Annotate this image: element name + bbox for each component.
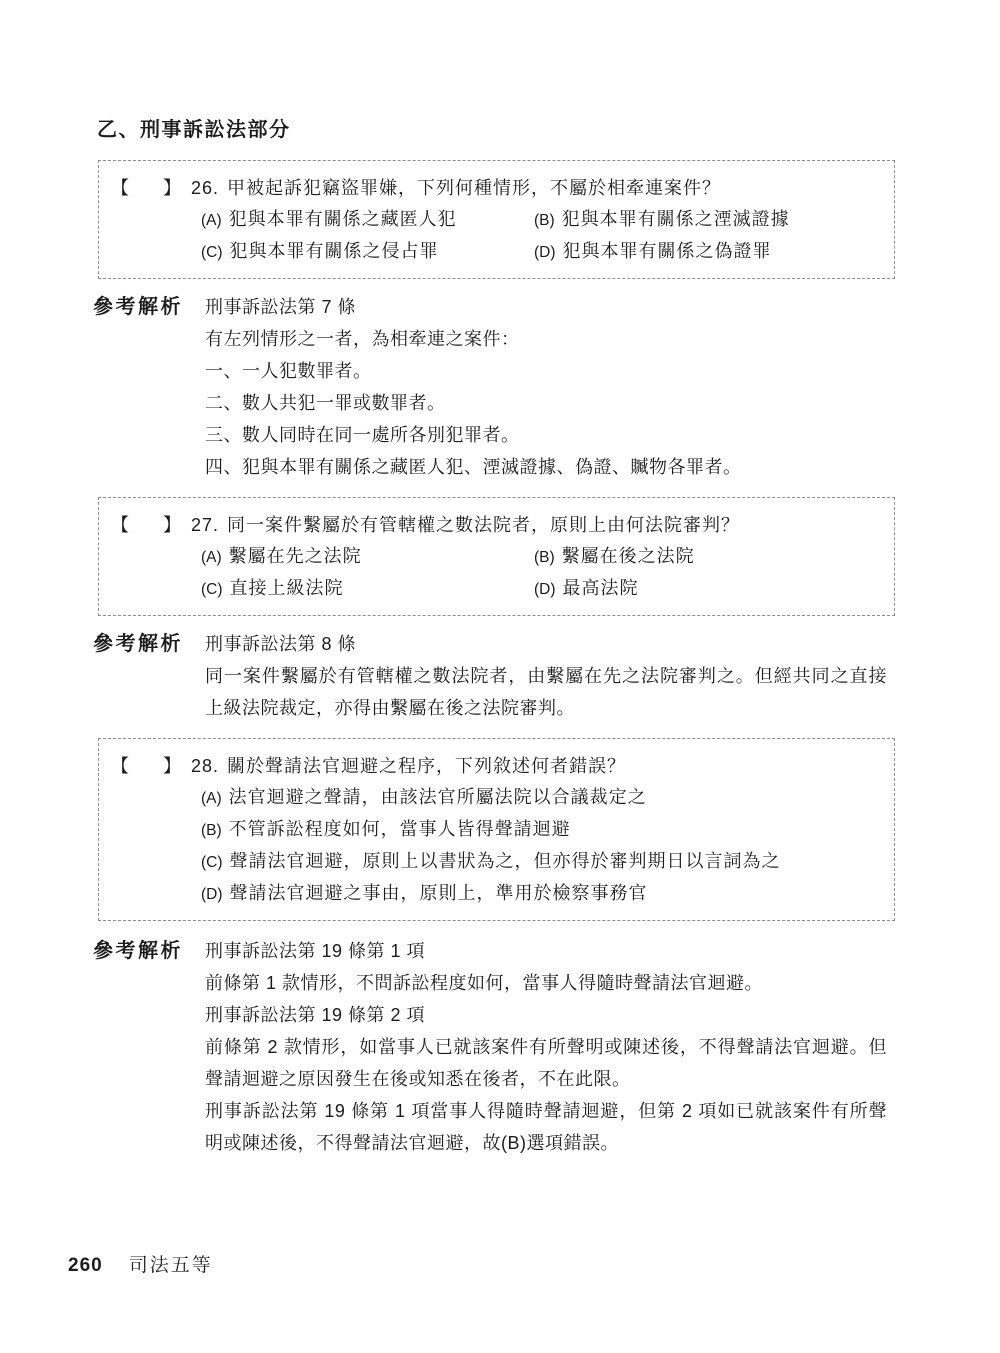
analysis-paragraph: 前條第 2 款情形，如當事人已就該案件有所聲明或陳述後，不得聲請法官迴避。但聲請… xyxy=(205,1031,887,1095)
option-b: (B) 繫屬在後之法院 xyxy=(534,541,880,573)
analysis-block-27: 參考解析 刑事訴訟法第 8 條 同一案件繫屬於有管轄權之數法院者，由繫屬在先之法… xyxy=(93,628,1000,724)
option-d: (D) 聲請法官迴避之事由，原則上，準用於檢察事務官 xyxy=(201,878,880,910)
question-header: 【 】 27. 同一案件繫屬於有管轄權之數法院者，原則上由何法院審判？ xyxy=(111,510,880,541)
answer-bracket: 【 】 xyxy=(111,510,189,541)
option-text: 聲請法官迴避之事由，原則上，準用於檢察事務官 xyxy=(230,878,648,908)
analysis-label: 參考解析 xyxy=(93,628,205,724)
question-stem: 關於聲請法官迴避之程序，下列敘述何者錯誤？ xyxy=(227,751,626,782)
option-text: 犯與本罪有關係之藏匿人犯 xyxy=(229,204,457,234)
analysis-paragraph: 一、一人犯數罪者。 xyxy=(205,355,887,387)
analysis-body: 刑事訴訟法第 19 條第 1 項 前條第 1 款情形，不問訴訟程度如何，當事人得… xyxy=(205,935,887,1159)
analysis-paragraph: 四、犯與本罪有關係之藏匿人犯、湮滅證據、偽證、贓物各罪者。 xyxy=(205,451,887,483)
question-number: 27. xyxy=(191,510,219,541)
option-text: 犯與本罪有關係之偽證罪 xyxy=(563,236,772,266)
option-label: (B) xyxy=(201,816,222,846)
analysis-body: 刑事訴訟法第 7 條 有左列情形之一者，為相牽連之案件： 一、一人犯數罪者。 二… xyxy=(205,291,887,483)
option-a: (A) 繫屬在先之法院 xyxy=(201,541,534,573)
options-list: (A) 犯與本罪有關係之藏匿人犯 (B) 犯與本罪有關係之湮滅證據 (C) 犯與… xyxy=(201,204,880,268)
analysis-body: 刑事訴訟法第 8 條 同一案件繫屬於有管轄權之數法院者，由繫屬在先之法院審判之。… xyxy=(205,628,887,724)
book-title: 司法五等 xyxy=(129,1250,213,1277)
question-box-28: 【 】 28. 關於聲請法官迴避之程序，下列敘述何者錯誤？ (A) 法官迴避之聲… xyxy=(98,738,895,921)
option-text: 犯與本罪有關係之侵占罪 xyxy=(230,236,439,266)
options-list: (A) 法官迴避之聲請，由該法官所屬法院以合議裁定之 (B) 不管訴訟程度如何，… xyxy=(201,782,880,910)
document-page: 乙、刑事訴訟法部分 【 】 26. 甲被起訴犯竊盜罪嫌，下列何種情形，不屬於相牽… xyxy=(0,0,1000,1353)
analysis-paragraph: 刑事訴訟法第 7 條 xyxy=(205,291,887,323)
question-header: 【 】 26. 甲被起訴犯竊盜罪嫌，下列何種情形，不屬於相牽連案件？ xyxy=(111,173,880,204)
page-footer: 260 司法五等 xyxy=(68,1250,213,1277)
question-header: 【 】 28. 關於聲請法官迴避之程序，下列敘述何者錯誤？ xyxy=(111,751,880,782)
question-stem: 甲被起訴犯竊盜罪嫌，下列何種情形，不屬於相牽連案件？ xyxy=(227,173,721,204)
option-c: (C) 聲請法官迴避，原則上以書狀為之，但亦得於審判期日以言詞為之 xyxy=(201,846,880,878)
option-label: (A) xyxy=(201,543,222,573)
analysis-paragraph: 三、數人同時在同一處所各別犯罪者。 xyxy=(205,419,887,451)
option-text: 聲請法官迴避，原則上以書狀為之，但亦得於審判期日以言詞為之 xyxy=(230,846,781,876)
option-text: 直接上級法院 xyxy=(230,573,344,603)
option-text: 繫屬在先之法院 xyxy=(229,541,362,571)
option-label: (D) xyxy=(201,880,223,910)
page-number: 260 xyxy=(68,1255,103,1277)
option-label: (D) xyxy=(534,575,556,605)
question-stem: 同一案件繫屬於有管轄權之數法院者，原則上由何法院審判？ xyxy=(227,510,740,541)
analysis-paragraph: 刑事訴訟法第 8 條 xyxy=(205,628,887,660)
option-text: 不管訴訟程度如何，當事人皆得聲請迴避 xyxy=(229,814,571,844)
option-d: (D) 最高法院 xyxy=(534,573,880,605)
analysis-paragraph: 二、數人共犯一罪或數罪者。 xyxy=(205,387,887,419)
analysis-block-28: 參考解析 刑事訴訟法第 19 條第 1 項 前條第 1 款情形，不問訴訟程度如何… xyxy=(93,935,1000,1159)
option-a: (A) 法官迴避之聲請，由該法官所屬法院以合議裁定之 xyxy=(201,782,880,814)
analysis-block-26: 參考解析 刑事訴訟法第 7 條 有左列情形之一者，為相牽連之案件： 一、一人犯數… xyxy=(93,291,1000,483)
option-b: (B) 犯與本罪有關係之湮滅證據 xyxy=(534,204,880,236)
option-label: (A) xyxy=(201,784,222,814)
analysis-label: 參考解析 xyxy=(93,291,205,483)
analysis-paragraph: 刑事訴訟法第 19 條第 1 項 xyxy=(205,935,887,967)
option-text: 法官迴避之聲請，由該法官所屬法院以合議裁定之 xyxy=(229,782,647,812)
question-box-27: 【 】 27. 同一案件繫屬於有管轄權之數法院者，原則上由何法院審判？ (A) … xyxy=(98,497,895,616)
question-box-26: 【 】 26. 甲被起訴犯竊盜罪嫌，下列何種情形，不屬於相牽連案件？ (A) 犯… xyxy=(98,160,895,279)
option-text: 最高法院 xyxy=(563,573,639,603)
option-a: (A) 犯與本罪有關係之藏匿人犯 xyxy=(201,204,534,236)
option-label: (C) xyxy=(201,575,223,605)
analysis-paragraph: 刑事訴訟法第 19 條第 1 項當事人得隨時聲請迴避，但第 2 項如已就該案件有… xyxy=(205,1095,887,1159)
option-c: (C) 犯與本罪有關係之侵占罪 xyxy=(201,236,534,268)
option-c: (C) 直接上級法院 xyxy=(201,573,534,605)
option-text: 犯與本罪有關係之湮滅證據 xyxy=(562,204,790,234)
option-label: (C) xyxy=(201,848,223,878)
options-list: (A) 繫屬在先之法院 (B) 繫屬在後之法院 (C) 直接上級法院 (D) 最… xyxy=(201,541,880,605)
analysis-paragraph: 刑事訴訟法第 19 條第 2 項 xyxy=(205,999,887,1031)
answer-bracket: 【 】 xyxy=(111,751,189,782)
option-label: (A) xyxy=(201,206,222,236)
question-number: 26. xyxy=(191,173,219,204)
analysis-paragraph: 同一案件繫屬於有管轄權之數法院者，由繫屬在先之法院審判之。但經共同之直接上級法院… xyxy=(205,660,887,724)
option-label: (B) xyxy=(534,206,555,236)
question-number: 28. xyxy=(191,751,219,782)
option-text: 繫屬在後之法院 xyxy=(562,541,695,571)
section-title: 乙、刑事訴訟法部分 xyxy=(97,118,1000,142)
analysis-label: 參考解析 xyxy=(93,935,205,1159)
analysis-paragraph: 有左列情形之一者，為相牽連之案件： xyxy=(205,323,887,355)
option-b: (B) 不管訴訟程度如何，當事人皆得聲請迴避 xyxy=(201,814,880,846)
option-label: (C) xyxy=(201,238,223,268)
option-label: (D) xyxy=(534,238,556,268)
analysis-paragraph: 前條第 1 款情形，不問訴訟程度如何，當事人得隨時聲請法官迴避。 xyxy=(205,967,887,999)
answer-bracket: 【 】 xyxy=(111,173,189,204)
option-d: (D) 犯與本罪有關係之偽證罪 xyxy=(534,236,880,268)
option-label: (B) xyxy=(534,543,555,573)
